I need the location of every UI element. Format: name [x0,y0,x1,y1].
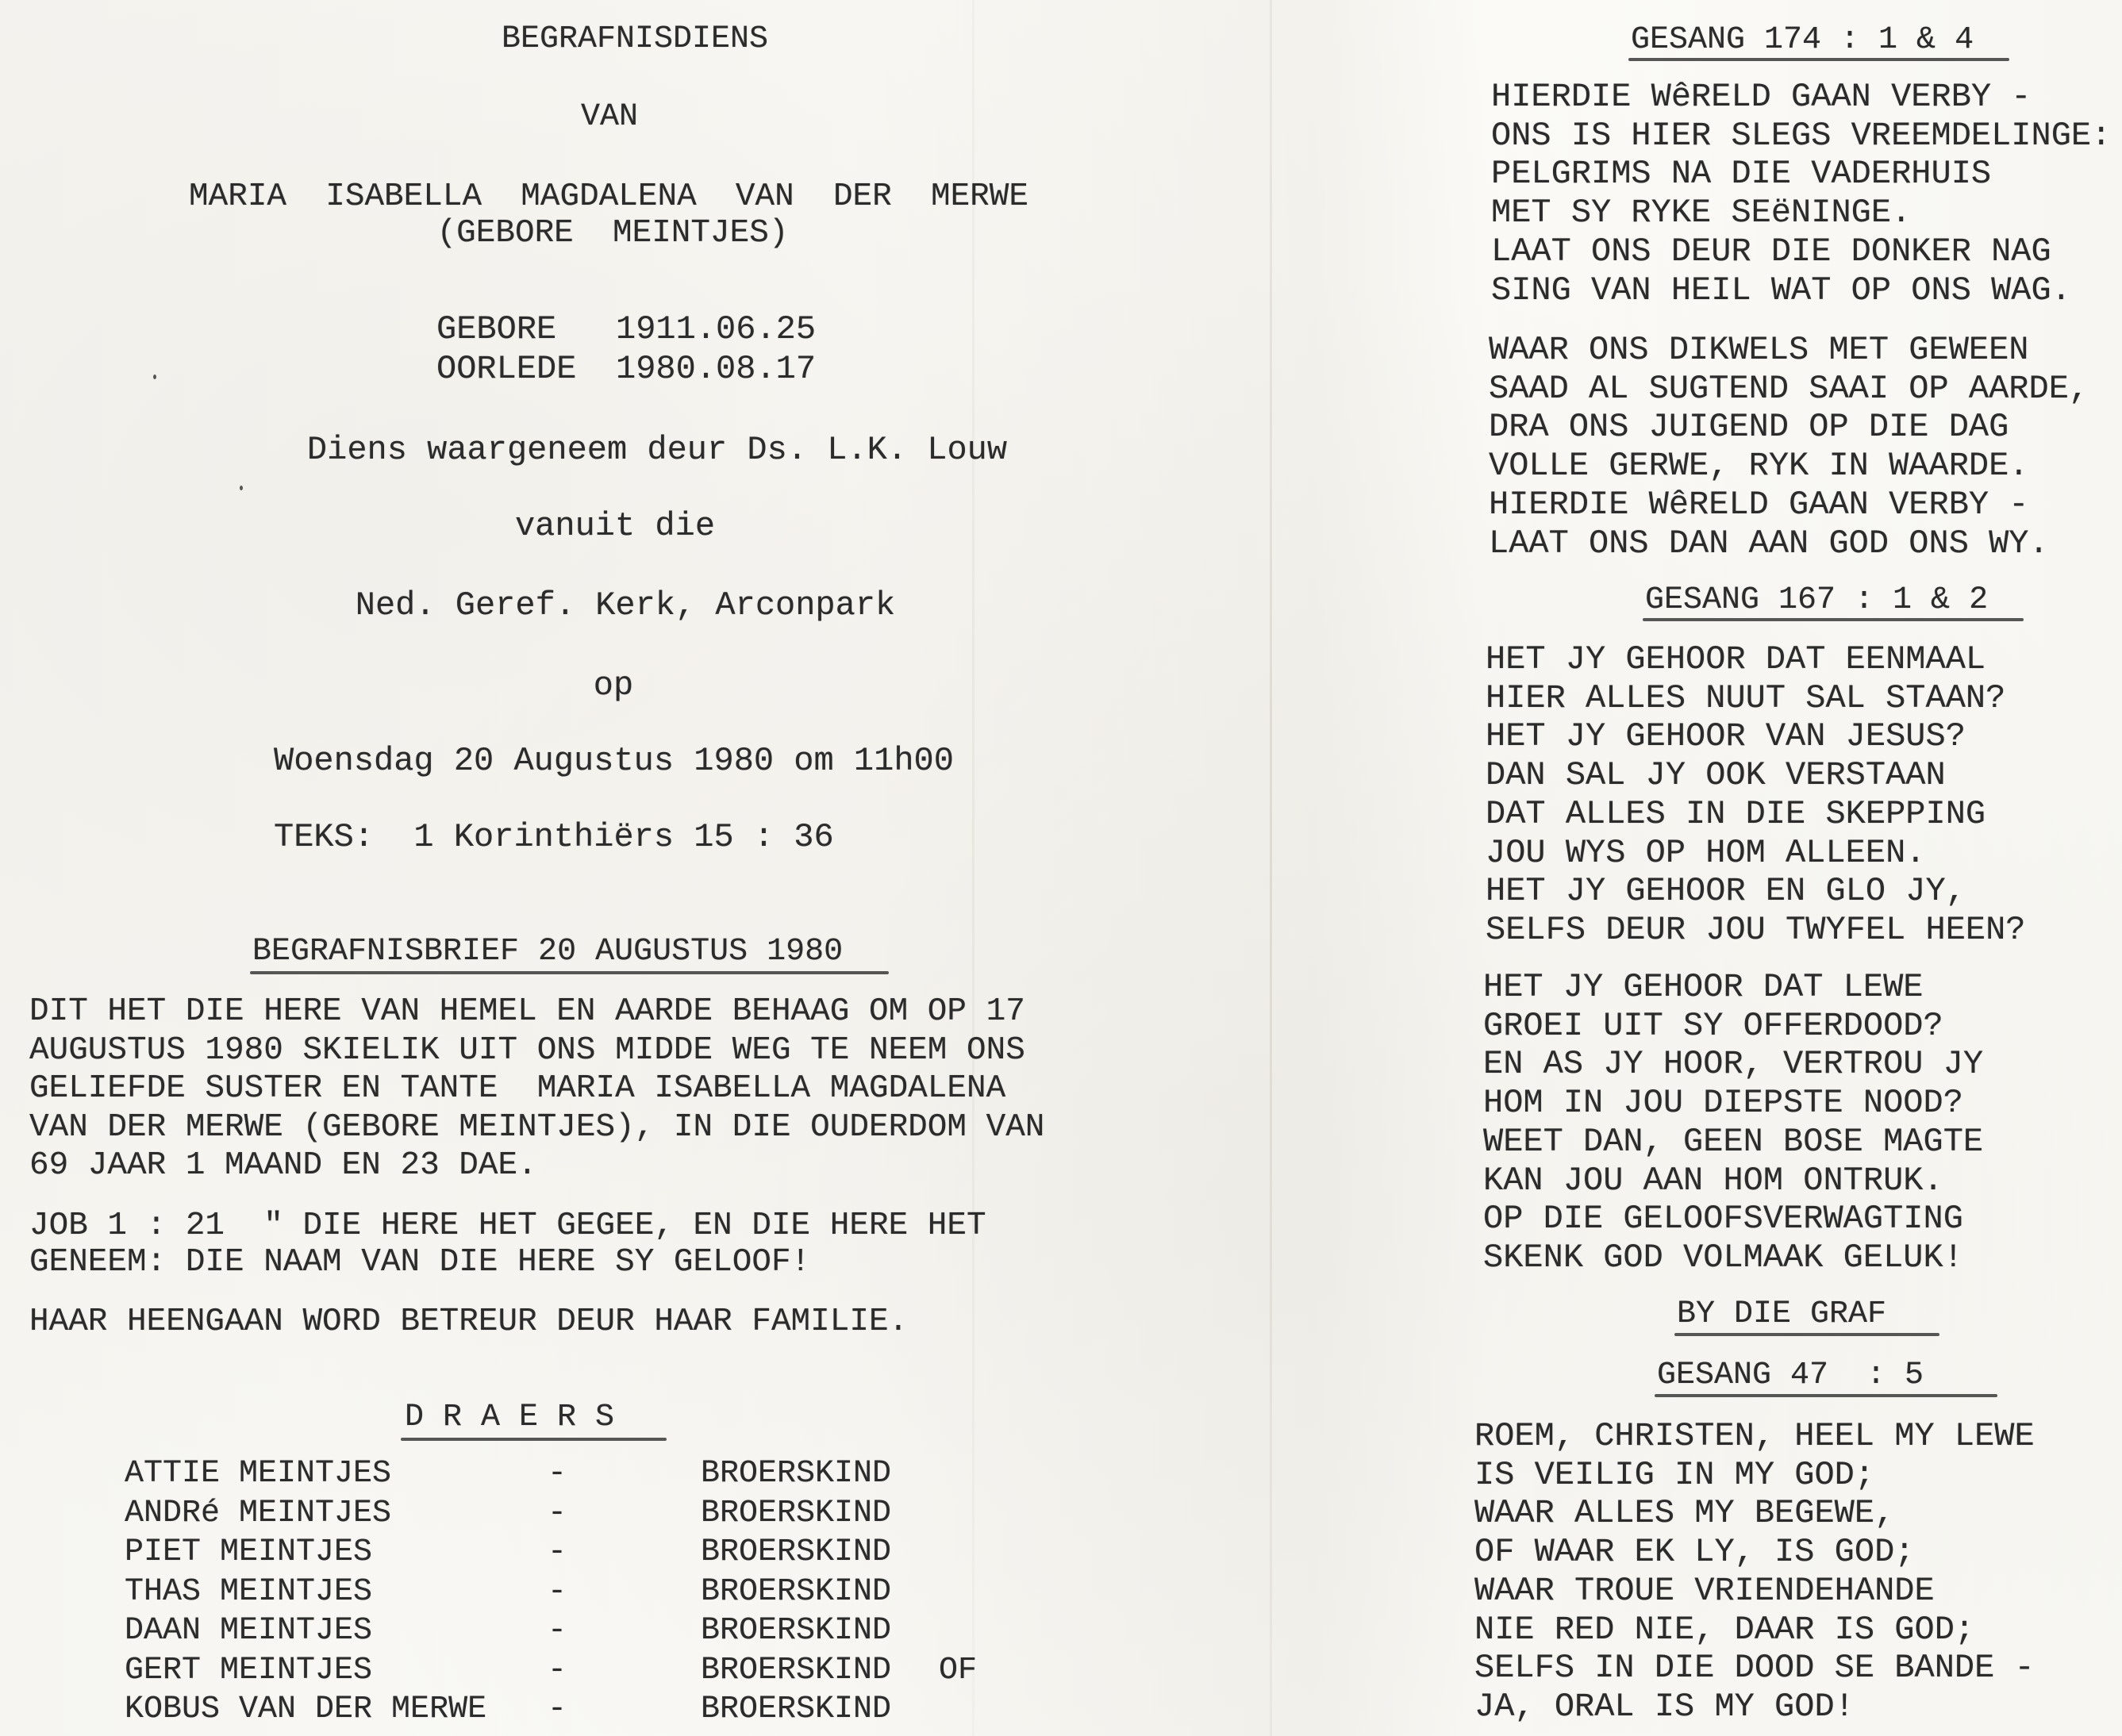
letter-heading: BEGRAFNISBRIEF 20 AUGUSTUS 1980 [252,936,843,968]
hymn-line: HOM IN JOU DIEPSTE NOOD? [1483,1086,1963,1120]
letter-line: DIT HET DIE HERE VAN HEMEL EN AARDE BEHA… [29,996,1025,1028]
maiden-name: (GEBORE MEINTJES) [437,217,789,250]
hymn-line: LAAT ONS DEUR DIE DONKER NAG [1491,235,2051,268]
bearer-dash: - [548,1537,567,1569]
hymn-heading-underline [1628,58,2009,61]
ink-speck [240,486,243,490]
bearers-heading-underline [401,1438,667,1441]
document-title: BEGRAFNISDIENS [502,24,768,56]
hymn-line: SKENK GOD VOLMAAK GELUK! [1483,1241,1963,1274]
hymn-line: HIERDIE WêRELD GAAN VERBY - [1489,488,2029,521]
hymn-line: HET JY GEHOOR DAT EENMAAL [1486,643,1986,676]
hymn-heading-underline [1655,1394,1997,1397]
bearer-name: THAS MEINTJES [125,1577,372,1608]
hymn-line: WAAR ALLES MY BEGEWE, [1474,1496,1894,1530]
bearer-name: GERT MEINTJES [125,1655,372,1687]
graveside-heading-underline [1674,1333,1939,1336]
letter-line: GELIEFDE SUSTER EN TANTE MARIA ISABELLA … [29,1073,1005,1105]
paper-crease [972,0,975,1736]
hymn-line: SING VAN HEIL WAT OP ONS WAG. [1491,274,2071,307]
hymn-line: WAAR ONS DIKWELS MET GEWEEN [1489,333,2029,367]
paper-fold [1270,0,1272,1736]
text-reference: TEKS: 1 Korinthiërs 15 : 36 [274,820,834,854]
hymn-line: WEET DAN, GEEN BOSE MAGTE [1483,1125,1983,1158]
hymn-line: SELFS DEUR JOU TWYFEL HEEN? [1486,913,2026,947]
hymn-line: DAT ALLES IN DIE SKEPPING [1486,797,1986,831]
scripture-line: GENEEM: DIE NAAM VAN DIE HERE SY GELOOF! [29,1246,810,1279]
born-date: 1911.06.25 [616,313,816,346]
ink-speck [153,374,156,379]
bearer-dash: - [548,1498,567,1530]
letter-line: VAN DER MERWE (GEBORE MEINTJES), IN DIE … [29,1112,1044,1144]
service-datetime: Woensdag 20 Augustus 1980 om 11h00 [274,744,954,778]
on-label: op [594,669,633,702]
hymn-line: IS VEILIG IN MY GOD; [1474,1458,1874,1492]
hymn-heading: GESANG 174 : 1 & 4 [1631,25,1974,56]
died-date: 1980.08.17 [616,352,816,386]
letter-heading-underline [250,971,889,974]
hymn-line: SAAD AL SUGTEND SAAI OP AARDE, [1489,372,2089,405]
hymn-line: EN AS JY HOOR, VERTROU JY [1483,1047,1983,1081]
died-label: OORLEDE [436,352,576,386]
hymn-line: ROEM, CHRISTEN, HEEL MY LEWE [1474,1419,2035,1453]
hymn-line: MET SY RYKE SEëNINGE. [1491,196,1911,229]
bearer-name: DAAN MEINTJES [125,1615,372,1647]
of-label: VAN [581,102,638,133]
hymn-heading: GESANG 167 : 1 & 2 [1645,585,1988,616]
bearer-dash: - [548,1577,567,1608]
bearer-dash: - [548,1615,567,1647]
hymn-line: HIER ALLES NUUT SAL STAAN? [1486,682,2005,715]
hymn-line: NIE RED NIE, DAAR IS GOD; [1474,1613,1974,1646]
hymn-heading-underline [1643,618,2024,621]
hymn-line: LAAT ONS DAN AAN GOD ONS WY. [1489,527,2049,560]
bearer-name: ANDRé MEINTJES [125,1498,391,1530]
officiant: Diens waargeneem deur Ds. L.K. Louw [307,433,1007,467]
deceased-name: MARIA ISABELLA MAGDALENA VAN DER MERWE [189,181,1028,213]
hymn-line: DRA ONS JUIGEND OP DIE DAG [1489,410,2009,444]
hymn-line: GROEI UIT SY OFFERDOOD? [1483,1009,1943,1043]
scripture-line: JOB 1 : 21 " DIE HERE HET GEGEE, EN DIE … [29,1210,986,1242]
bearer-dash: - [548,1458,567,1490]
hymn-line: OP DIE GELOOFSVERWAGTING [1483,1202,1963,1235]
letter-line: 69 JAAR 1 MAAND EN 23 DAE. [29,1150,537,1182]
hymn-line: ONS IS HIER SLEGS VREEMDELINGE: [1491,119,2111,152]
bearer-relation: BROERSKIND [701,1694,891,1726]
hymn-line: DAN SAL JY OOK VERSTAAN [1486,759,1946,792]
bearer-relation: BROERSKIND [701,1498,891,1530]
bearer-name: ATTIE MEINTJES [125,1458,391,1490]
hymn-line: SELFS IN DIE DOOD SE BANDE - [1474,1651,2035,1684]
hymn-line: HET JY GEHOOR EN GLO JY, [1486,874,1966,908]
bearer-name: KOBUS VAN DER MERWE [125,1694,486,1726]
bearer-name: PIET MEINTJES [125,1537,372,1569]
bearer-note: OF [939,1655,977,1687]
bearers-heading: D R A E R S [405,1402,614,1434]
bearer-relation: BROERSKIND [701,1655,891,1687]
church-name: Ned. Geref. Kerk, Arconpark [356,589,896,622]
hymn-line: OF WAAR EK LY, IS GOD; [1474,1535,1915,1569]
hymn-line: PELGRIMS NA DIE VADERHUIS [1491,157,1991,190]
bearer-dash: - [548,1694,567,1726]
bearer-relation: BROERSKIND [701,1577,891,1608]
hymn-line: HIERDIE WêRELD GAAN VERBY - [1491,80,2032,113]
hymn-line: VOLLE GERWE, RYK IN WAARDE. [1489,449,2029,482]
bearer-dash: - [548,1655,567,1687]
hymn-heading: GESANG 47 : 5 [1657,1360,1924,1392]
mourning-line: HAAR HEENGAAN WORD BETREUR DEUR HAAR FAM… [29,1306,908,1338]
hymn-line: KAN JOU AAN HOM ONTRUK. [1483,1164,1943,1197]
hymn-line: JA, ORAL IS MY GOD! [1474,1690,1855,1723]
graveside-heading: BY DIE GRAF [1677,1299,1886,1331]
bearer-relation: BROERSKIND [701,1615,891,1647]
hymn-line: JOU WYS OP HOM ALLEEN. [1486,836,1926,870]
letter-line: AUGUSTUS 1980 SKIELIK UIT ONS MIDDE WEG … [29,1035,1025,1067]
hymn-line: HET JY GEHOOR DAT LEWE [1483,970,1924,1004]
from-label: vanuit die [515,509,715,543]
hymn-line: HET JY GEHOOR VAN JESUS? [1486,720,1966,753]
bearer-relation: BROERSKIND [701,1458,891,1490]
bearer-relation: BROERSKIND [701,1537,891,1569]
hymn-line: WAAR TROUE VRIENDEHANDE [1474,1574,1935,1607]
born-label: GEBORE [436,313,556,346]
